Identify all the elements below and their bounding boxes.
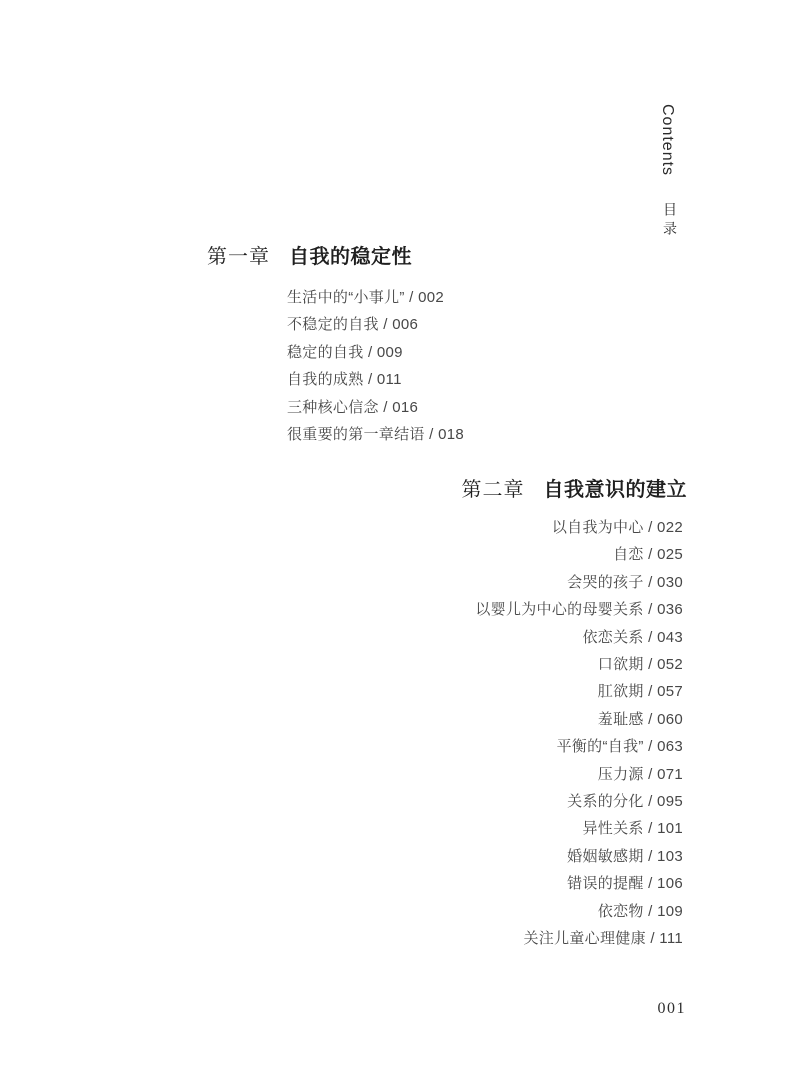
chapter-2-heading: 第二章 自我意识的建立 xyxy=(462,477,688,503)
toc-item: 依恋关系 / 043 xyxy=(475,624,683,651)
contents-title-en: Contents xyxy=(658,104,676,176)
chapter-1-heading: 第一章 自我的稳定性 xyxy=(207,244,412,270)
toc-item: 以婴儿为中心的母婴关系 / 036 xyxy=(475,596,683,623)
toc-item: 自恋 / 025 xyxy=(475,541,683,568)
toc-item: 婚姻敏感期 / 103 xyxy=(475,843,683,870)
page-number: 001 xyxy=(658,1000,687,1018)
toc-item: 关注儿童心理健康 / 111 xyxy=(475,925,683,952)
chapter-1-item-list: 生活中的“小事儿” / 002不稳定的自我 / 006稳定的自我 / 009自我… xyxy=(287,284,464,448)
toc-item: 平衡的“自我” / 063 xyxy=(475,733,683,760)
chapter-2-number: 第二章 xyxy=(462,477,525,503)
contents-title-zh: 目录 xyxy=(660,202,680,240)
chapter-1-title: 自我的稳定性 xyxy=(289,244,412,270)
toc-item: 肛欲期 / 057 xyxy=(475,678,683,705)
toc-item: 自我的成熟 / 011 xyxy=(287,366,464,393)
toc-item: 不稳定的自我 / 006 xyxy=(287,311,464,338)
toc-item: 依恋物 / 109 xyxy=(475,898,683,925)
toc-item: 压力源 / 071 xyxy=(475,761,683,788)
toc-item: 错误的提醒 / 106 xyxy=(475,870,683,897)
toc-item: 会哭的孩子 / 030 xyxy=(475,569,683,596)
toc-page: { "running_head": { "contents_en": "Cont… xyxy=(0,0,799,1073)
toc-item: 关系的分化 / 095 xyxy=(475,788,683,815)
toc-item: 口欲期 / 052 xyxy=(475,651,683,678)
toc-item: 异性关系 / 101 xyxy=(475,815,683,842)
toc-item: 稳定的自我 / 009 xyxy=(287,339,464,366)
toc-item: 生活中的“小事儿” / 002 xyxy=(287,284,464,311)
chapter-2-title: 自我意识的建立 xyxy=(544,477,688,503)
toc-item: 以自我为中心 / 022 xyxy=(475,514,683,541)
toc-item: 很重要的第一章结语 / 018 xyxy=(287,421,464,448)
chapter-1-number: 第一章 xyxy=(207,244,270,270)
chapter-2-item-list: 以自我为中心 / 022自恋 / 025会哭的孩子 / 030以婴儿为中心的母婴… xyxy=(475,514,683,953)
toc-item: 羞耻感 / 060 xyxy=(475,706,683,733)
toc-item: 三种核心信念 / 016 xyxy=(287,394,464,421)
